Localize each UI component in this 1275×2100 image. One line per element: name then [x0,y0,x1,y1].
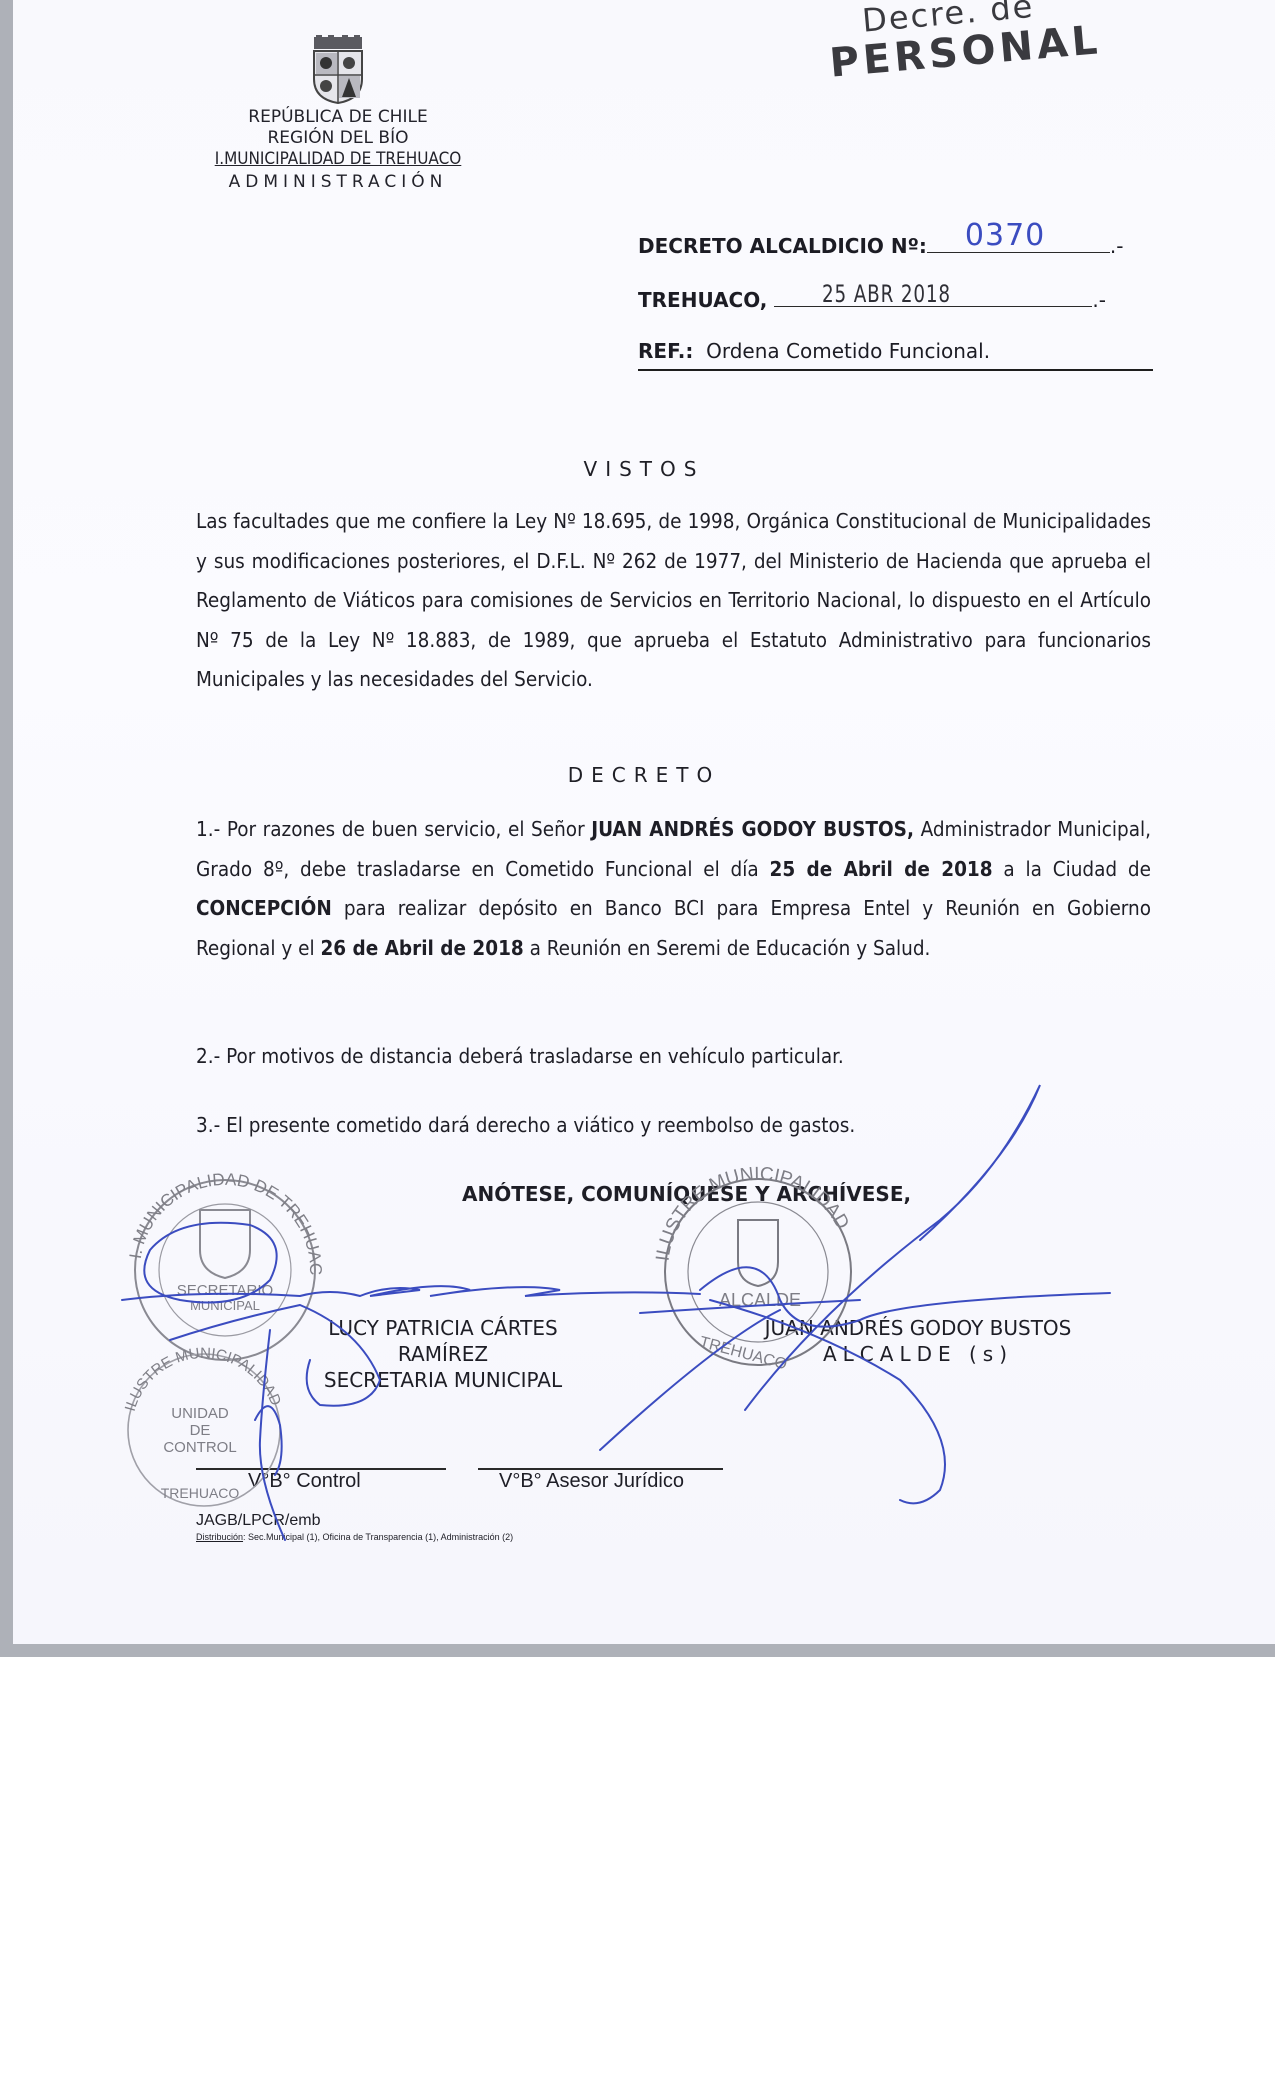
personal-decree-stamp: Decre. de PERSONAL [825,0,1103,84]
distribution-list: Distribución: Sec.Municipal (1), Oficina… [196,1532,513,1542]
mayor-name: JUAN ANDRÉS GODOY BUSTOS [748,1315,1088,1341]
control-approval-label: V°B° Control [248,1470,361,1493]
vistos-heading: VISTOS [13,457,1275,481]
closing-formula: ANÓTESE, COMUNÍQUESE Y ARCHÍVESE, [462,1182,911,1206]
decree-number-field: 0370 [927,232,1110,253]
decree-number-row: DECRETO ALCALDICIO Nº:0370.- [638,232,1123,258]
decree-number-label: DECRETO ALCALDICIO Nº: [638,234,927,258]
document-page: REPÚBLICA DE CHILE REGIÓN DEL BÍO I.MUNI… [13,0,1275,1644]
letterhead-country: REPÚBLICA DE CHILE [163,107,513,128]
author-initials: JAGB/LPCR/emb [196,1512,320,1530]
secretary-name: LUCY PATRICIA CÁRTES RAMÍREZ [283,1315,603,1367]
signature-block-secretary: LUCY PATRICIA CÁRTES RAMÍREZ SECRETARIA … [283,1315,603,1393]
decreto-heading: DECRETO [13,763,1275,787]
letterhead-department: ADMINISTRACIÓN [163,172,513,193]
mayor-role: ALCALDE (s) [748,1341,1088,1367]
reference-label: REF.: [638,339,693,363]
date-field: 25 ABR 2018 [774,286,1092,307]
secretary-role: SECRETARIA MUNICIPAL [283,1367,603,1393]
decreto-item-1: 1.- Por razones de buen servicio, el Señ… [196,810,1151,968]
date-row: TREHUACO, 25 ABR 2018.- [638,286,1106,312]
decreto-item-2: 2.- Por motivos de distancia deberá tras… [196,1044,844,1068]
letterhead-region: REGIÓN DEL BÍO [163,128,513,149]
letterhead-municipality: I.MUNICIPALIDAD DE TREHUACO [163,149,513,170]
reference-line: REF.: Ordena Cometido Funcional. [638,339,1153,371]
decreto-item-3: 3.- El presente cometido dará derecho a … [196,1113,855,1137]
legal-approval-label: V°B° Asesor Jurídico [499,1470,684,1493]
vistos-paragraph: Las facultades que me confiere la Ley Nº… [196,502,1151,700]
place-label: TREHUACO, [638,288,767,312]
date-stamp: 25 ABR 2018 [822,280,951,308]
reference-text: Ordena Cometido Funcional. [706,339,990,363]
coat-of-arms-icon [306,35,370,105]
decree-number-handwritten: 0370 [965,218,1045,253]
signature-block-mayor: JUAN ANDRÉS GODOY BUSTOS ALCALDE (s) [748,1315,1088,1367]
